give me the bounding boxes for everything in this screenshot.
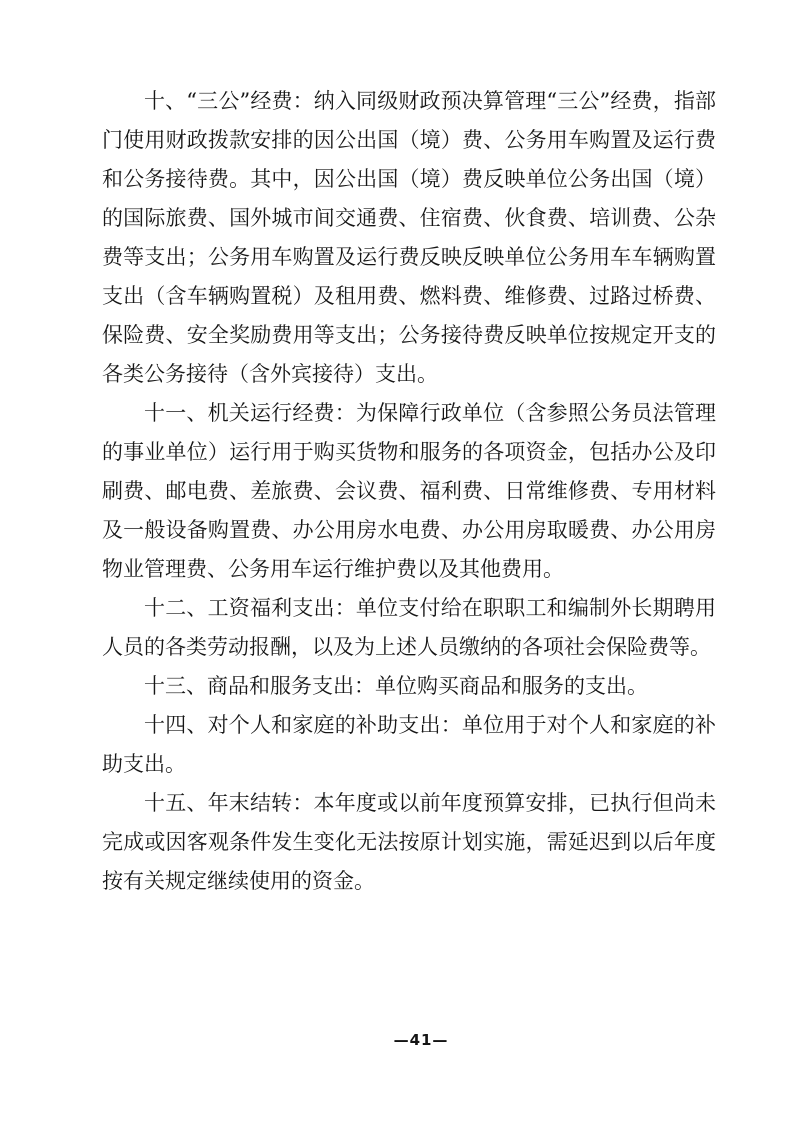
paragraph-individual-family-subsidy: 十四、对个人和家庭的补助支出：单位用于对个人和家庭的补助支出。 — [102, 706, 716, 784]
document-body: 十、“三公”经费：纳入同级财政预决算管理“三公”经费，指部门使用财政拨款安排的因… — [102, 82, 716, 901]
paragraph-wage-welfare-expenditure: 十二、工资福利支出：单位支付给在职职工和编制外长期聘用人员的各类劳动报酬，以及为… — [102, 589, 716, 667]
paragraph-sangong-expenses: 十、“三公”经费：纳入同级财政预决算管理“三公”经费，指部门使用财政拨款安排的因… — [102, 82, 716, 394]
paragraph-agency-operating-expenses: 十一、机关运行经费：为保障行政单位（含参照公务员法管理的事业单位）运行用于购买货… — [102, 394, 716, 589]
paragraph-year-end-carryover: 十五、年末结转：本年度或以前年度预算安排，已执行但尚未完成或因客观条件发生变化无… — [102, 784, 716, 901]
paragraph-goods-services-expenditure: 十三、商品和服务支出：单位购买商品和服务的支出。 — [102, 667, 716, 706]
page-number: —41— — [394, 1031, 449, 1049]
page-footer: —41— — [394, 1030, 449, 1049]
document-page: 十、“三公”经费：纳入同级财政预决算管理“三公”经费，指部门使用财政拨款安排的因… — [0, 0, 793, 1122]
